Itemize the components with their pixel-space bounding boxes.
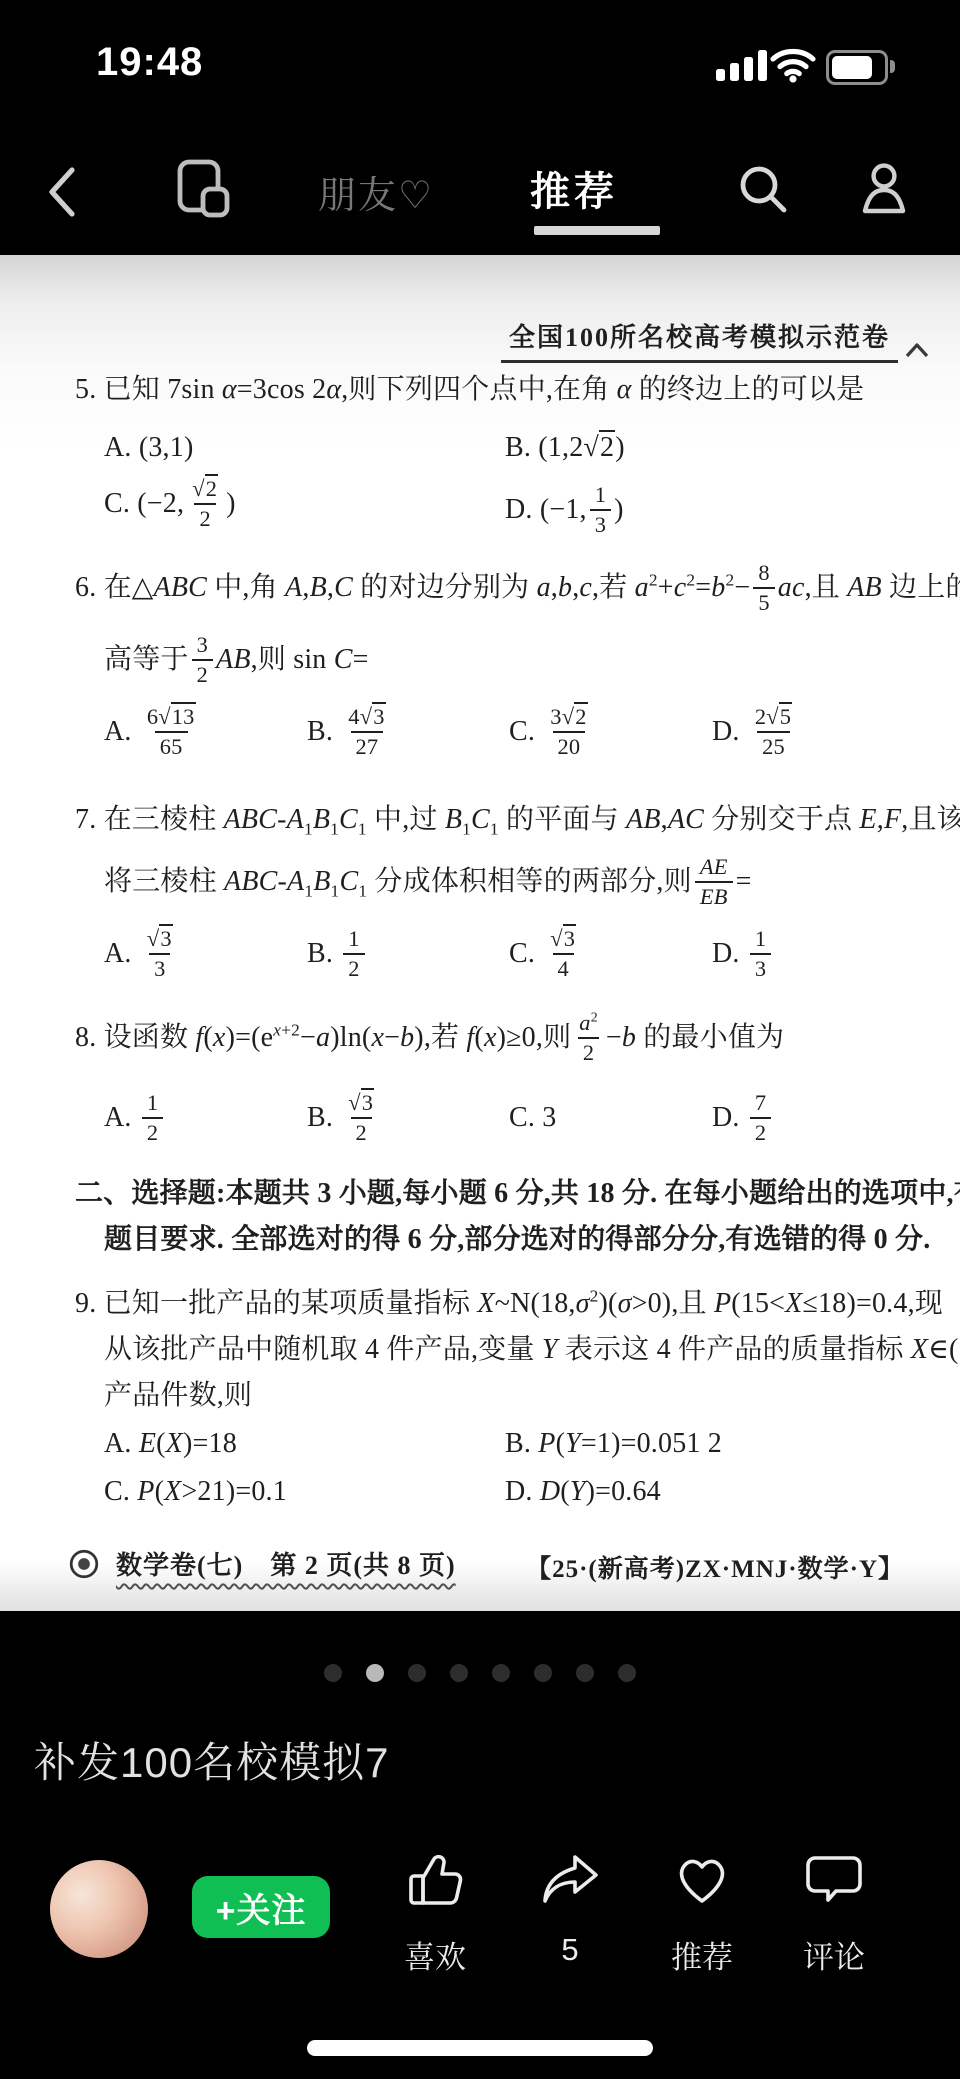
question-5-option-c: C. (−2,√22) [104,479,236,532]
carousel-dot [534,1664,552,1682]
target-icon [68,1548,100,1580]
question-6-stem-line2: 高等于32AB,则 sin C= [104,635,369,688]
exam-paper-image[interactable]: 全国100所名校高考模拟示范卷 5. 已知 7sin α=3cos 2α,则下列… [0,255,960,1611]
question-9-option-a: A. E(X)=18 [104,1427,237,1461]
question-7-option-d: D. 13 [712,929,774,982]
question-9-option-c: C. P(X>21)=0.1 [104,1475,287,1509]
paper-footer-left-text: 数学卷(七) 第 2 页(共 8 页) [116,1545,456,1582]
question-8-option-d: D. 72 [712,1093,774,1146]
question-6-option-d: D. 2√525 [712,707,800,760]
carousel-dot [492,1664,510,1682]
follow-button[interactable]: +关注 [192,1876,330,1938]
question-7-stem-line2: 将三棱柱 ABC-A1B1C1 分成体积相等的两部分,则AEEB= [104,857,752,910]
avatar[interactable] [50,1860,148,1958]
question-9-line2: 从该批产品中随机取 4 件产品,变量 Y 表示这 4 件产品的质量指标 X∈(1… [104,1333,960,1367]
heart-icon [670,1848,734,1912]
question-6-option-c: C. 3√220 [509,707,596,760]
question-7-stem-line1: 7. 在三棱柱 ABC-A1B1C1 中,过 B1C1 的平面与 AB,AC 分… [75,803,960,837]
recommend-label: 推荐 [671,1932,733,1977]
wifi-icon [770,47,816,83]
question-6-option-a: A. 6√1365 [104,707,204,760]
question-8-option-c: C. 3 [509,1101,556,1135]
search-button[interactable] [736,162,790,216]
question-7-option-b: B. 12 [307,929,368,982]
comment-label: 评论 [803,1932,865,1977]
battery-icon [826,50,888,85]
question-9-option-d: D. D(Y)=0.64 [505,1475,661,1509]
question-8-option-b: B. √32 [307,1093,382,1146]
question-7-option-a: A. √33 [104,929,181,982]
paper-header-arrow-icon [904,341,930,359]
question-7-option-c: C. √34 [509,929,584,982]
carousel-dot [324,1664,342,1682]
question-6-stem-line1: 6. 在△ABC 中,角 A,B,C 的对边分别为 a,b,c,若 a2+c2=… [75,563,960,616]
thumbs-up-icon [403,1848,467,1912]
paper-footer-left: 数学卷(七) 第 2 页(共 8 页) [68,1545,456,1582]
screen-mirror-button[interactable] [176,158,232,218]
like-button[interactable]: 喜欢 [369,1848,501,1977]
carousel-dot [576,1664,594,1682]
comment-button[interactable]: 评论 [768,1848,900,1977]
status-time: 19:48 [96,40,203,85]
question-9-option-b: B. P(Y=1)=0.051 2 [505,1427,722,1461]
home-indicator[interactable] [307,2040,653,2056]
question-5-option-b: B. (1,2√2) [505,431,625,465]
cellular-signal-icon [716,50,767,81]
question-9-line3: 产品件数,则 [104,1379,252,1413]
section-2-instructions-line1: 二、选择题:本题共 3 小题,每小题 6 分,共 18 分. 在每小题给出的选项… [75,1177,960,1211]
carousel-dot [366,1664,384,1682]
share-button[interactable]: 5 [504,1848,636,1968]
tab-recommend-underline [534,226,660,235]
screen: 19:48 朋友♡ 推荐 [0,0,960,2079]
carousel-dot [450,1664,468,1682]
back-button[interactable] [42,164,82,220]
carousel-dot [408,1664,426,1682]
paper-header: 全国100所名校高考模拟示范卷 [501,317,898,363]
question-5-option-a: A. (3,1) [104,431,193,465]
tab-friends[interactable]: 朋友♡ [318,164,434,219]
question-5-stem: 5. 已知 7sin α=3cos 2α,则下列四个点中,在角 α 的终边上的可… [75,373,864,407]
question-5-option-d: D. (−1,13) [505,485,624,538]
post-title: 补发100名校模拟7 [34,1730,389,1790]
section-2-instructions-line2: 题目要求. 全部选对的得 6 分,部分选对的得部分分,有选错的得 0 分. [104,1223,930,1257]
tab-recommend[interactable]: 推荐 [530,160,618,217]
question-8-stem: 8. 设函数 f(x)=(ex+2−a)ln(x−b),若 f(x)≥0,则a2… [75,1013,784,1066]
question-9-line1: 9. 已知一批产品的某项质量指标 X~N(18,σ2)(σ>0),且 P(15<… [75,1287,943,1321]
question-8-option-a: A. 12 [104,1093,166,1146]
share-arrow-icon [538,1848,602,1912]
profile-button[interactable] [858,160,910,216]
carousel-dot [618,1664,636,1682]
like-label: 喜欢 [404,1932,466,1977]
comment-bubble-icon [802,1848,866,1912]
carousel-dots [0,1664,960,1682]
share-count: 5 [561,1932,578,1968]
paper-footer-right: 【25·(新高考)ZX·MNJ·数学·Y】 [526,1549,904,1585]
recommend-button[interactable]: 推荐 [636,1848,768,1977]
question-6-option-b: B. 4√327 [307,707,394,760]
